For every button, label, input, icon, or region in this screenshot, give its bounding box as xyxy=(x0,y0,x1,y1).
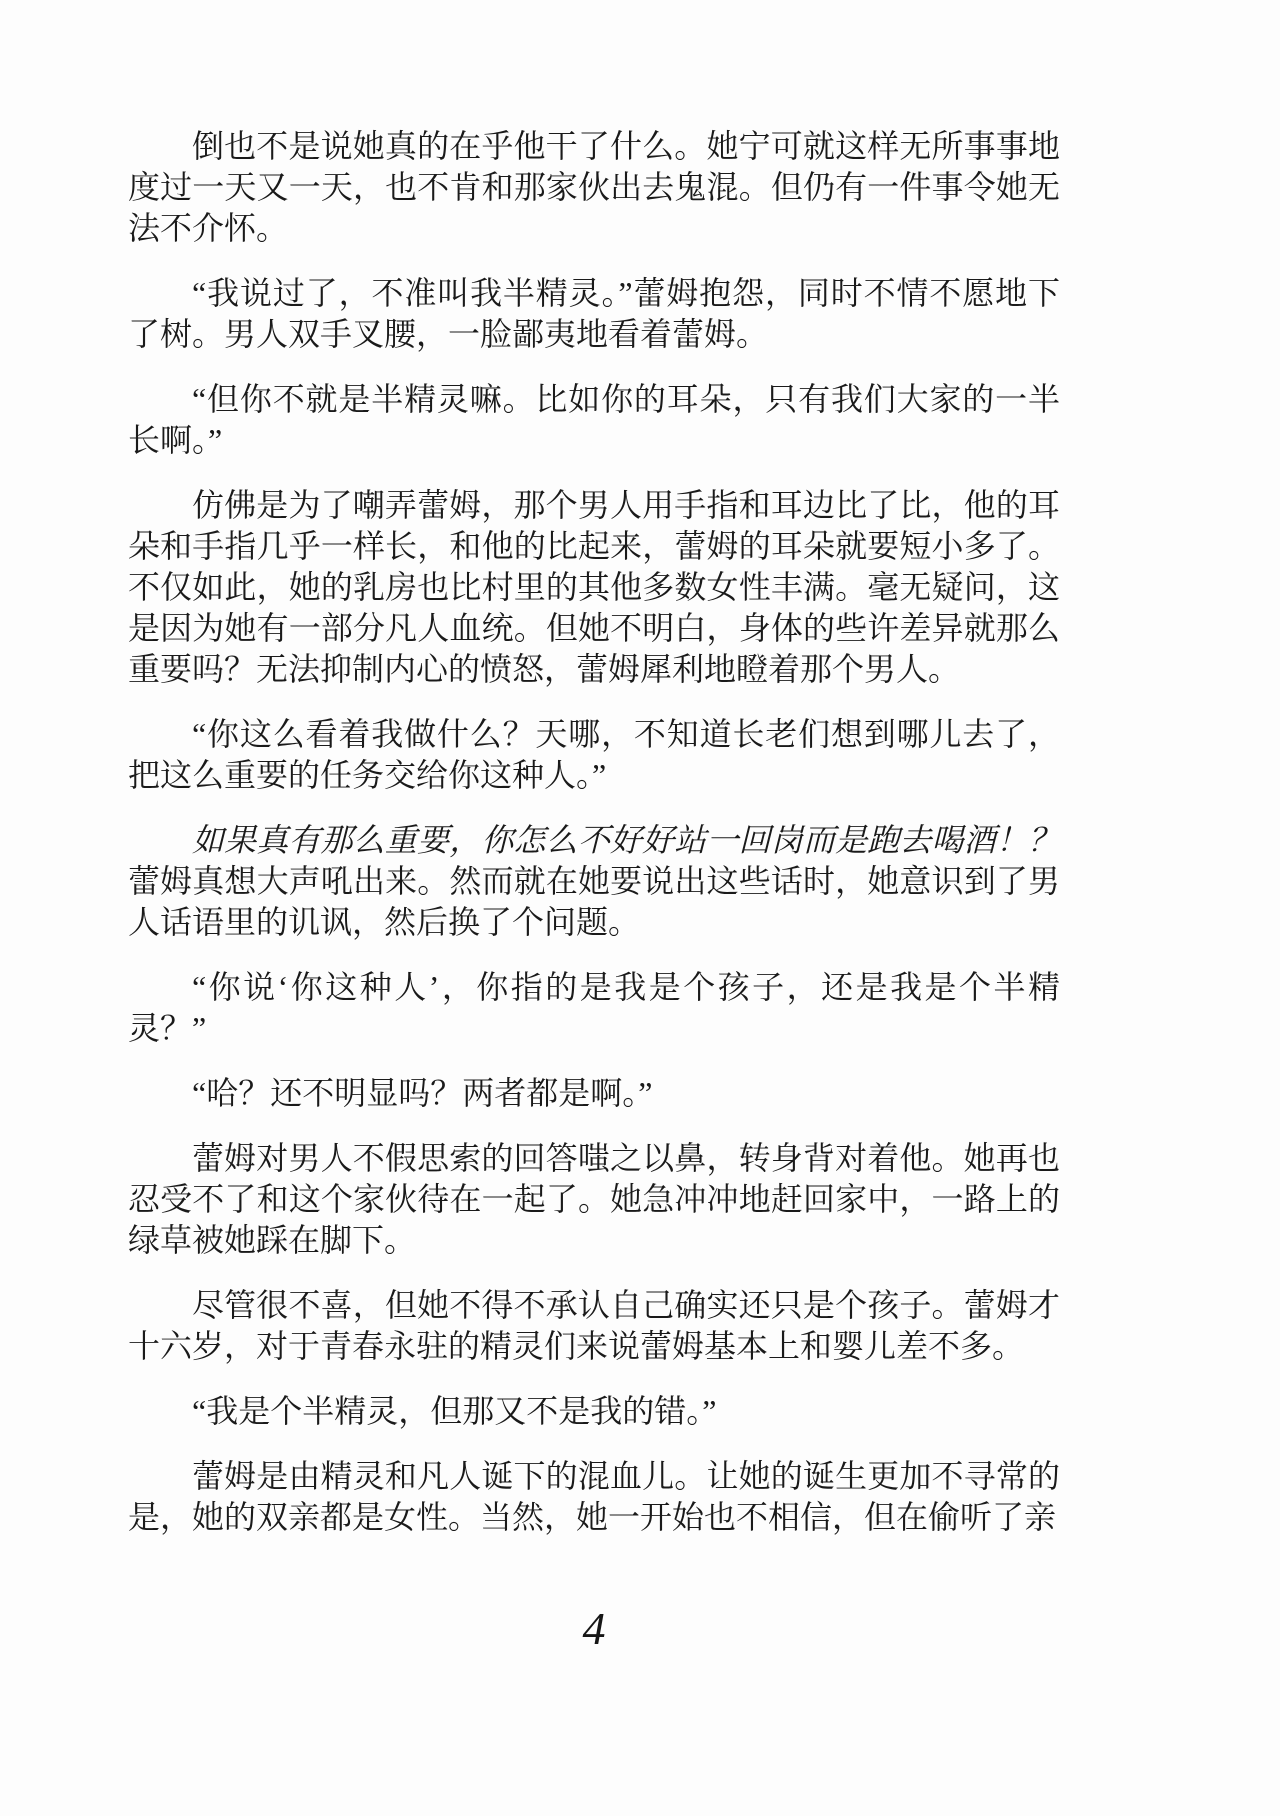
document-page: 倒也不是说她真的在乎他干了什么。她宁可就这样无所事事地度过一天又一天，也不肯和那… xyxy=(0,0,1280,1816)
page-number: 4 xyxy=(128,1604,1060,1654)
paragraph-7: “你说‘你这种人’，你指的是我是个孩子，还是我是个半精灵？” xyxy=(128,967,1060,1049)
inner-thought-italic: 如果真有那么重要，你怎么不好好站一回岗而是跑去喝酒！？ xyxy=(192,822,1060,858)
paragraph-9: 蕾姆对男人不假思索的回答嗤之以鼻，转身背对着他。她再也忍受不了和这个家伙待在一起… xyxy=(128,1138,1060,1261)
paragraph-3: “但你不就是半精灵嘛。比如你的耳朵，只有我们大家的一半长啊。” xyxy=(128,379,1060,461)
paragraph-8: “哈？还不明显吗？两者都是啊。” xyxy=(128,1073,1060,1114)
paragraph-6: 如果真有那么重要，你怎么不好好站一回岗而是跑去喝酒！？蕾姆真想大声吼出来。然而就… xyxy=(128,820,1060,943)
paragraph-10: 尽管很不喜，但她不得不承认自己确实还只是个孩子。蕾姆才十六岁，对于青春永驻的精灵… xyxy=(128,1285,1060,1367)
paragraph-6-rest: 蕾姆真想大声吼出来。然而就在她要说出这些话时，她意识到了男人话语里的讥讽，然后换… xyxy=(128,863,1060,940)
paragraph-1: 倒也不是说她真的在乎他干了什么。她宁可就这样无所事事地度过一天又一天，也不肯和那… xyxy=(128,126,1060,249)
paragraph-11: “我是个半精灵，但那又不是我的错。” xyxy=(128,1391,1060,1432)
page-text: 倒也不是说她真的在乎他干了什么。她宁可就这样无所事事地度过一天又一天，也不肯和那… xyxy=(128,126,1060,1562)
paragraph-12: 蕾姆是由精灵和凡人诞下的混血儿。让她的诞生更加不寻常的是，她的双亲都是女性。当然… xyxy=(128,1456,1060,1538)
paragraph-5: “你这么看着我做什么？天哪，不知道长老们想到哪儿去了，把这么重要的任务交给你这种… xyxy=(128,714,1060,796)
paragraph-2: “我说过了，不准叫我半精灵。”蕾姆抱怨，同时不情不愿地下了树。男人双手叉腰，一脸… xyxy=(128,273,1060,355)
paragraph-4: 仿佛是为了嘲弄蕾姆，那个男人用手指和耳边比了比，他的耳朵和手指几乎一样长，和他的… xyxy=(128,485,1060,690)
